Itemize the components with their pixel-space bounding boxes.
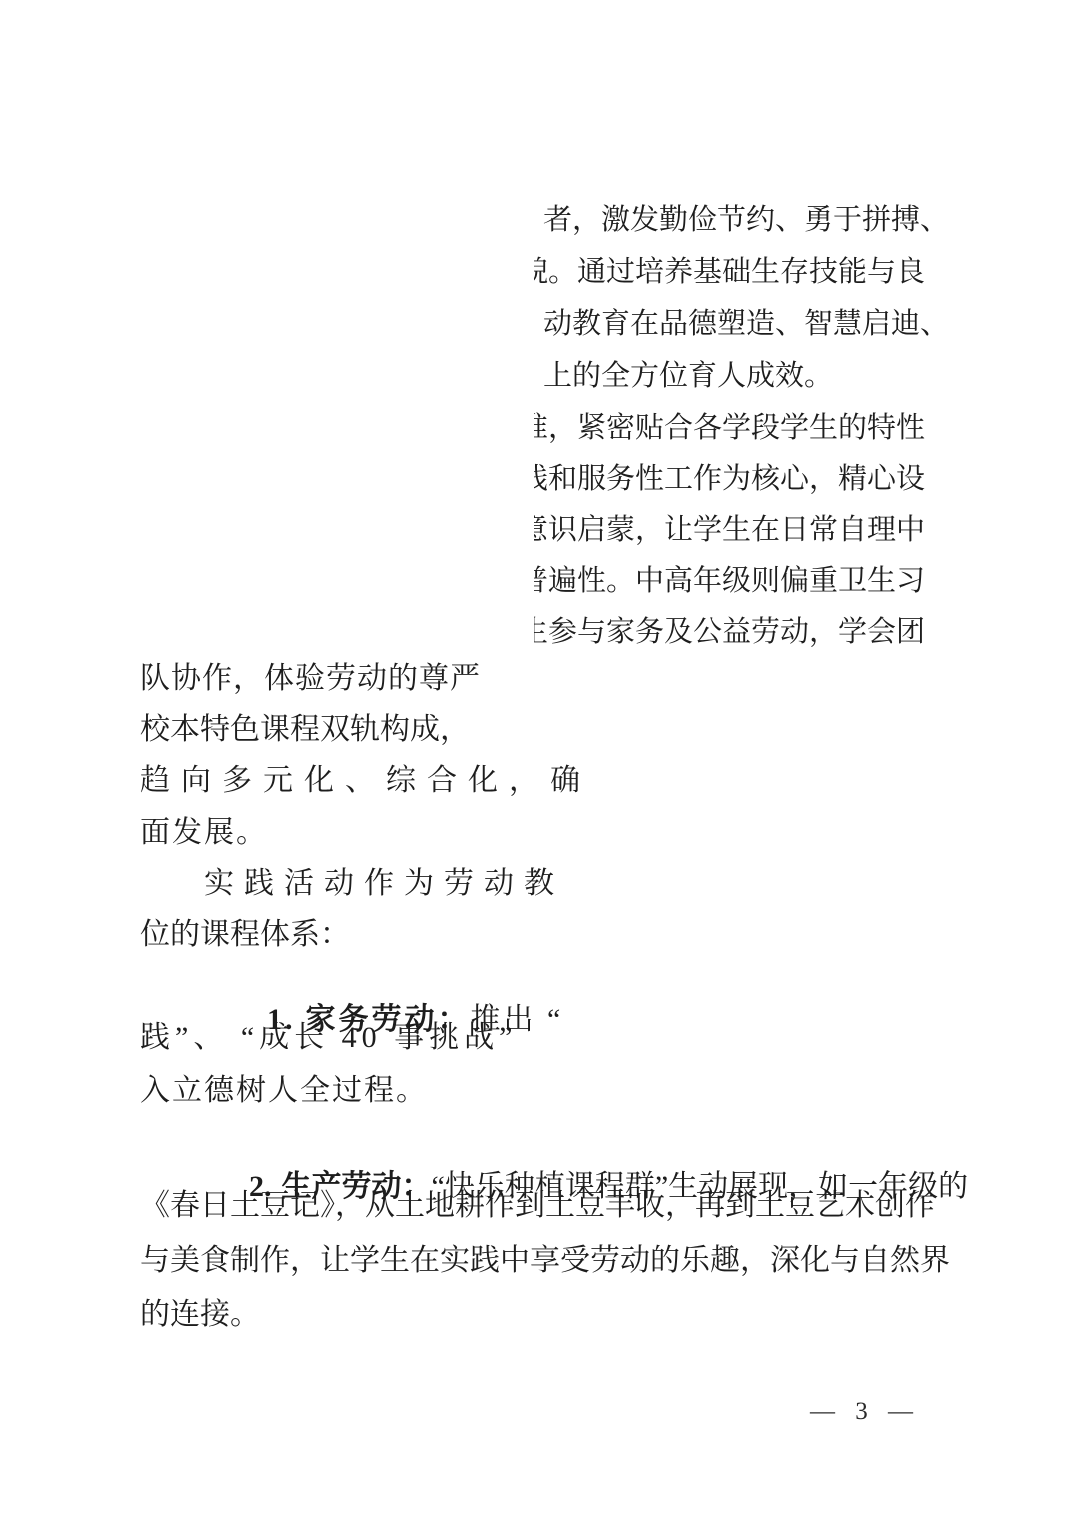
scan-whiteout-overlay <box>0 0 534 652</box>
text-line: 上的全方位育人成效。 <box>543 360 833 393</box>
text-line: 践和服务性工作为核心，精心设 <box>519 463 925 496</box>
text-line: 《春日土豆记》，从土地耕作到土豆丰收，再到土豆艺术创作 <box>140 1189 935 1224</box>
text-line: 位的课程体系： <box>140 918 350 953</box>
text-line: 生参与家务及公益劳动，学会团 <box>519 616 925 649</box>
text-line: 意识启蒙，让学生在日常自理中 <box>519 514 925 547</box>
text-line: 校本特色课程双轨构成， <box>140 713 470 748</box>
page-number: — 3 — <box>810 1398 920 1426</box>
document-page: 者，激发勤俭节约、勇于拼搏、 貌。通过培养基础生存技能与良 动教育在品德塑造、智… <box>0 0 1080 1527</box>
text-line: 普遍性。中高年级则偏重卫生习 <box>519 565 925 598</box>
text-line: 动教育在品德塑造、智慧启迪、 <box>543 308 949 341</box>
text-line: 的连接。 <box>140 1298 260 1333</box>
text-line: 实践活动作为劳动教 <box>204 867 564 902</box>
text-line: 趋向多元化、综合化，确 <box>140 764 591 799</box>
list-item-1-heading-line: 1.家务劳动：推出 “ <box>204 968 563 1072</box>
text-line: 入立德树人全过程。 <box>140 1074 428 1109</box>
text-line: 貌。通过培养基础生存技能与良 <box>519 256 925 289</box>
text-line: 者，激发勤俭节约、勇于拼搏、 <box>543 204 949 237</box>
text-line: 队协作，体验劳动的尊严 <box>140 662 481 697</box>
text-line: 准，紧密贴合各学段学生的特性 <box>519 412 925 445</box>
text-line: 与美食制作，让学生在实践中享受劳动的乐趣，深化与自然界 <box>140 1244 950 1279</box>
text-line: 面发展。 <box>140 816 268 851</box>
text-line: 践”、 “成长 40 事挑战” <box>140 1021 517 1056</box>
